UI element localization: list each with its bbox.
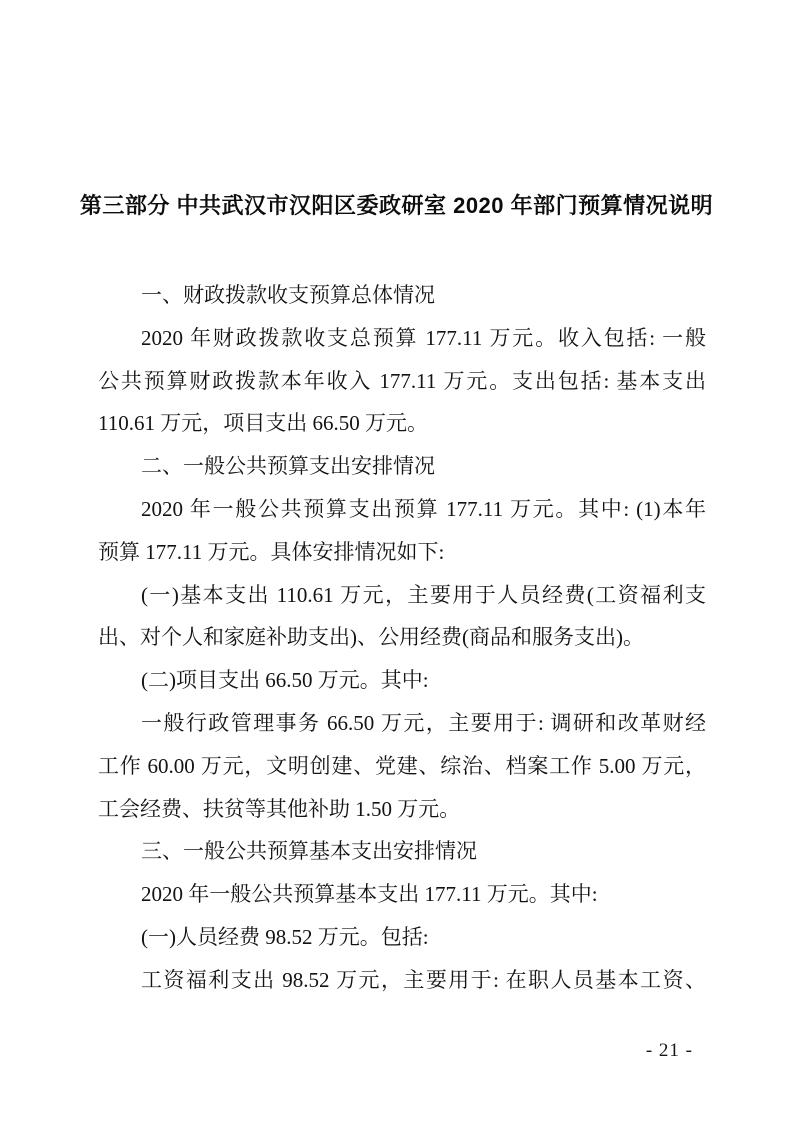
body-line: 工会经费、扶贫等其他补助 1.50 万元。 [98, 788, 706, 831]
body-line: 一般行政管理事务 66.50 万元，主要用于: 调研和改革财经 [98, 702, 706, 745]
page-title: 第三部分 中共武汉市汉阳区委政研室 2020 年部门预算情况说明 [0, 192, 793, 220]
document-page: 第三部分 中共武汉市汉阳区委政研室 2020 年部门预算情况说明 一、财政拨款收… [0, 0, 793, 1122]
body-line: (一)基本支出 110.61 万元，主要用于人员经费(工资福利支 [98, 574, 706, 617]
body-line: 110.61 万元，项目支出 66.50 万元。 [98, 402, 706, 445]
body-line: 工资福利支出 98.52 万元，主要用于: 在职人员基本工资、 [98, 959, 706, 1002]
body-line: (二)项目支出 66.50 万元。其中: [98, 659, 706, 702]
body-line: 2020 年一般公共预算支出预算 177.11 万元。其中: (1)本年 [98, 488, 706, 531]
body-line: 预算 177.11 万元。具体安排情况如下: [98, 531, 706, 574]
body-line: 三、一般公共预算基本支出安排情况 [98, 830, 706, 873]
body-line: (一)人员经费 98.52 万元。包括: [98, 916, 706, 959]
document-body: 一、财政拨款收支预算总体情况2020 年财政拨款收支总预算 177.11 万元。… [98, 274, 706, 1002]
body-line: 工作 60.00 万元，文明创建、党建、综治、档案工作 5.00 万元， [98, 745, 706, 788]
body-line: 一、财政拨款收支预算总体情况 [98, 274, 706, 317]
body-line: 二、一般公共预算支出安排情况 [98, 445, 706, 488]
body-line: 出、对个人和家庭补助支出)、公用经费(商品和服务支出)。 [98, 616, 706, 659]
page-number: - 21 - [646, 1040, 693, 1062]
body-line: 2020 年一般公共预算基本支出 177.11 万元。其中: [98, 873, 706, 916]
body-line: 2020 年财政拨款收支总预算 177.11 万元。收入包括: 一般 [98, 317, 706, 360]
body-line: 公共预算财政拨款本年收入 177.11 万元。支出包括: 基本支出 [98, 360, 706, 403]
